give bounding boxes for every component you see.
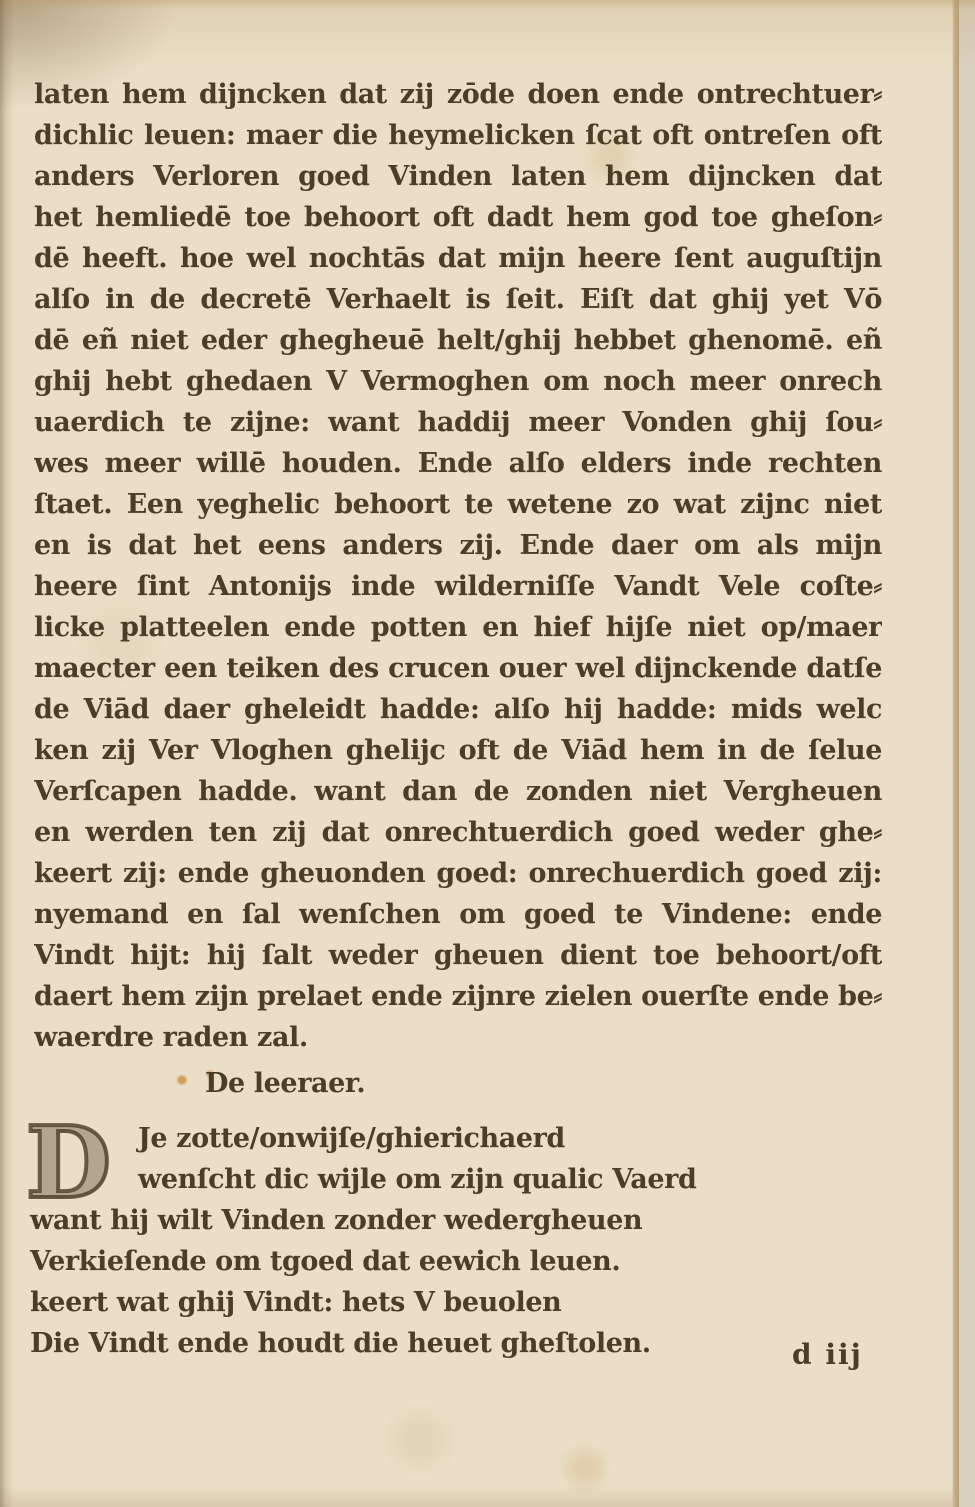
prose-line: ghij hebt ghedaen V Vermoghen om noch me…	[34, 361, 882, 402]
prose-line: waerdre raden zal.	[34, 1017, 882, 1058]
prose-line: ſtaet. Een yeghelic behoort te wetene zo…	[34, 484, 882, 525]
signature-mark: d iij	[792, 1338, 863, 1371]
verse-line: want hij wilt Vinden zonder wedergheuen	[30, 1200, 910, 1241]
prose-line: dē heeft. hoe wel nochtās dat mijn heere…	[34, 238, 882, 279]
verse-line: keert wat ghij Vindt: hets V beuolen	[30, 1282, 910, 1323]
prose-line: ken zij Ver Vloghen ghelijc oft de Viād …	[34, 730, 882, 771]
prose-line: keert zij: ende gheuonden goed: onrechue…	[34, 853, 882, 894]
prose-line: wes meer willē houden. Ende alſo elders …	[34, 443, 882, 484]
prose-line: en is dat het eens anders zij. Ende daer…	[34, 525, 882, 566]
prose-paragraph: laten hem dijncken dat zij zōde doen end…	[34, 74, 882, 1058]
prose-line: anders Verloren goed Vinden laten hem di…	[34, 156, 882, 197]
section-heading: De leeraer.	[205, 1068, 365, 1099]
prose-line: dichlic leuen: maer die heymelicken ſcat…	[34, 115, 882, 156]
prose-line: de Viād daer gheleidt hadde: alſo hij ha…	[34, 689, 882, 730]
verse-line: Verkieſende om tgoed dat eewich leuen.	[30, 1241, 910, 1282]
prose-line: licke platteelen ende potten en hief hij…	[34, 607, 882, 648]
prose-line: heere ſint Antonijs inde wilderniſſe Van…	[34, 566, 882, 607]
prose-line: dē eñ niet eder ghegheuē helt/ghij hebbe…	[34, 320, 882, 361]
prose-line: nyemand en ſal wenſchen om goed te Vinde…	[34, 894, 882, 935]
prose-line: en werden ten zij dat onrechtuerdich goe…	[34, 812, 882, 853]
prose-line: laten hem dijncken dat zij zōde doen end…	[34, 74, 882, 115]
prose-line: daert hem zijn prelaet ende zijnre ziele…	[34, 976, 882, 1017]
prose-line: alſo in de decretē Verhaelt is ſeit. Eiſ…	[34, 279, 882, 320]
prose-line: het hemliedē toe behoort oft dadt hem go…	[34, 197, 882, 238]
prose-line: Vindt hijt: hij ſalt weder gheuen dient …	[34, 935, 882, 976]
book-page-scan: laten hem dijncken dat zij zōde doen end…	[0, 0, 975, 1507]
verse-line: wenſcht dic wijle om zijn qualic Vaerd	[30, 1159, 910, 1200]
prose-line: Verſcapen hadde. want dan de zonden niet…	[34, 771, 882, 812]
verse-block: Je zotte/onwijſe/ghierichaerd wenſcht di…	[30, 1118, 910, 1364]
verse-line: Die Vindt ende houdt die heuet gheſtolen…	[30, 1323, 910, 1364]
prose-line: maecter een teiken des crucen ouer wel d…	[34, 648, 882, 689]
verse-line: Je zotte/onwijſe/ghierichaerd	[30, 1118, 910, 1159]
prose-line: uaerdich te zijne: want haddij meer Vond…	[34, 402, 882, 443]
